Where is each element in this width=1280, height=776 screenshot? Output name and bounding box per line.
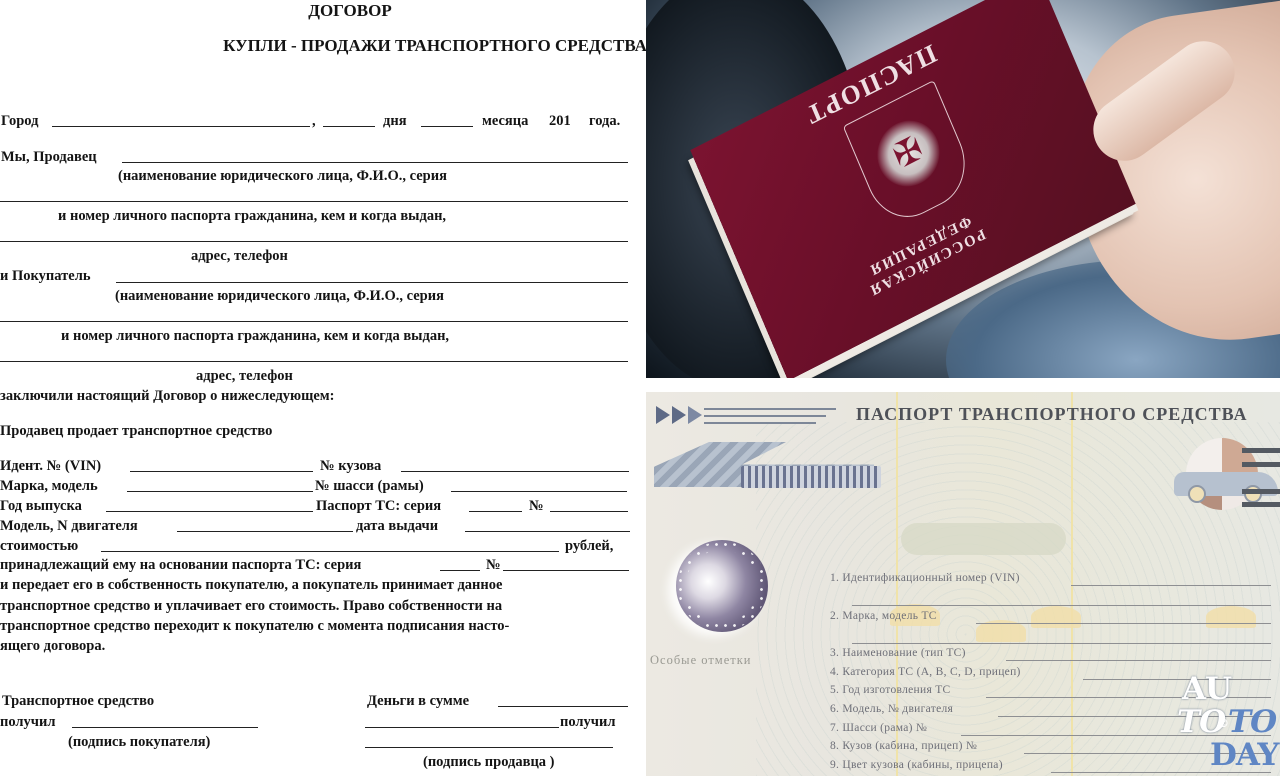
buyer-label: и Покупатель [0,268,91,284]
seller-label: Мы, Продавец [1,149,97,165]
stripe [1242,462,1280,467]
concluded-text: заключили настоящий Договор о нижеследую… [0,388,335,404]
hologram-dots [676,540,768,632]
city-field[interactable] [52,126,310,127]
money-words-field[interactable] [365,727,559,728]
pts-field-label: 2. Марка, модель ТС [830,610,937,622]
buyer-signature-field[interactable] [72,727,258,728]
pts-field-line [1071,585,1271,586]
vehicle-passport-title: ПАСПОРТ ТРАНСПОРТНОГО СРЕДСТВА [856,404,1248,425]
belonging-label: принадлежащий ему на основании паспорта … [0,557,361,573]
seller-passport-field[interactable] [0,201,628,202]
issue-date-label: дата выдачи [356,518,438,534]
year-label: года. [589,113,620,129]
paragraph-line: транспортное средство и уплачивает его с… [0,598,502,614]
pts-field-line [852,643,1271,644]
engine-field[interactable] [177,531,353,532]
rubles-label: рублей, [565,538,613,554]
yellow-ornament [1206,606,1256,628]
chevron-icon [688,406,702,424]
stripe [1242,502,1280,507]
city-label: Город [1,113,38,129]
paragraph-line: транспортное средство переходит к покупа… [0,618,509,634]
month-label: месяца [482,113,528,129]
year-prefix: 201 [549,113,571,129]
pts-field-label: 9. Цвет кузова (кабины, прицепа) [830,759,1003,771]
special-marks-label: Особые отметки [650,653,752,668]
pts-field-line [976,623,1271,624]
buyer-address-field[interactable] [0,361,628,362]
passport-cover-country: РОССИЙСКАЯ ФЕДЕРАЦИЯ [859,208,988,300]
paragraph-line: и передает его в собственность покупател… [0,577,502,593]
yellow-ornament [1031,606,1081,628]
chevron-icon [672,406,686,424]
month-field[interactable] [421,126,473,127]
received-right-label: получил [560,714,615,730]
security-band [1071,392,1073,776]
pts-field-label: 3. Наименование (тип ТС) [830,647,966,659]
vin-label: Идент. № (VIN) [0,458,101,474]
pts-no-label: № [529,498,544,514]
sale-contract-form: ДОГОВОР КУПЛИ - ПРОДАЖИ ТРАНСПОРТНОГО СР… [0,0,640,776]
pts-no-field[interactable] [550,511,628,512]
seller-hint-name: (наименование юридического лица, Ф.И.О.,… [118,168,447,184]
buyer-signature-hint: (подпись покупателя) [68,734,210,750]
stripe [704,422,816,424]
pts-field-label: 6. Модель, № двигателя [830,703,953,715]
day-label: дня [383,113,407,129]
issue-date-field[interactable] [465,531,630,532]
pts-field-label: 1. Идентификационный номер (VIN) [830,572,1020,584]
belonging-series-field[interactable] [440,570,480,571]
serial-number-area [901,523,1066,555]
stripe [1242,489,1280,494]
chassis-field[interactable] [451,491,627,492]
engine-label: Модель, N двигателя [0,518,138,534]
stripe [1242,448,1280,453]
seller-signature-hint: (подпись продавца ) [423,754,555,770]
buyer-hint-name: (наименование юридического лица, Ф.И.О.,… [115,288,444,304]
make-model-label: Марка, модель [0,478,98,494]
belonging-no-field[interactable] [503,570,629,571]
watermark-line-2b: TO [1228,707,1276,738]
cost-field[interactable] [101,551,559,552]
buyer-field[interactable] [116,282,628,283]
ornament-band [741,466,881,488]
city-comma: , [312,113,316,129]
seller-hint-address: адрес, телефон [191,248,288,264]
body-no-field[interactable] [401,471,629,472]
received-left-label: получил [0,714,55,730]
stripe [704,415,826,417]
seller-field[interactable] [122,162,628,163]
pts-field-line [1006,660,1271,661]
money-label: Деньги в сумме [367,693,469,709]
watermark-line-1: AU [1182,674,1231,705]
security-band [896,392,898,776]
year-made-field[interactable] [106,511,313,512]
chassis-label: № шасси (рамы) [315,478,424,494]
autotoday-watermark-logo: AU TO © TO DAY [1176,674,1280,774]
paragraph-line: ящего договора. [0,638,105,654]
buyer-passport-field[interactable] [0,321,628,322]
money-amount-field[interactable] [498,706,628,707]
year-made-label: Год выпуска [0,498,82,514]
pts-field-label: 4. Категория ТС (А, В, С, D, прицеп) [830,666,1021,678]
belonging-no-label: № [486,557,501,573]
chevron-icon [656,406,670,424]
make-model-field[interactable] [127,491,313,492]
pts-field-label: 5. Год изготовления ТС [830,684,951,696]
buyer-hint-address: адрес, телефон [196,368,293,384]
vehicle-received-label: Транспортное средство [2,693,154,709]
pts-field-label: 8. Кузов (кабина, прицеп) № [830,740,977,752]
pts-field-line [852,605,1271,606]
pts-field-label: 7. Шасси (рама) № [830,722,927,734]
seller-signature-field[interactable] [365,747,613,748]
watermark-line-3: DAY [1210,740,1279,771]
pts-series-label: Паспорт ТС: серия [316,498,441,514]
seller-hint-passport: и номер личного паспорта гражданина, кем… [58,208,446,224]
day-field[interactable] [323,126,375,127]
buyer-hint-passport: и номер личного паспорта гражданина, кем… [61,328,449,344]
vin-field[interactable] [130,471,313,472]
pts-series-field[interactable] [469,511,522,512]
sells-text: Продавец продает транспортное средство [0,423,272,439]
stripe [704,408,836,410]
contract-title: ДОГОВОР [0,3,700,19]
russian-passport-photo: ПАСПОРТ ✠ РОССИЙСКАЯ ФЕДЕРАЦИЯ [646,0,1280,378]
copyright-icon: © [1218,718,1228,729]
body-no-label: № кузова [320,458,381,474]
cost-label: стоимостью [0,538,78,554]
seller-address-field[interactable] [0,241,628,242]
